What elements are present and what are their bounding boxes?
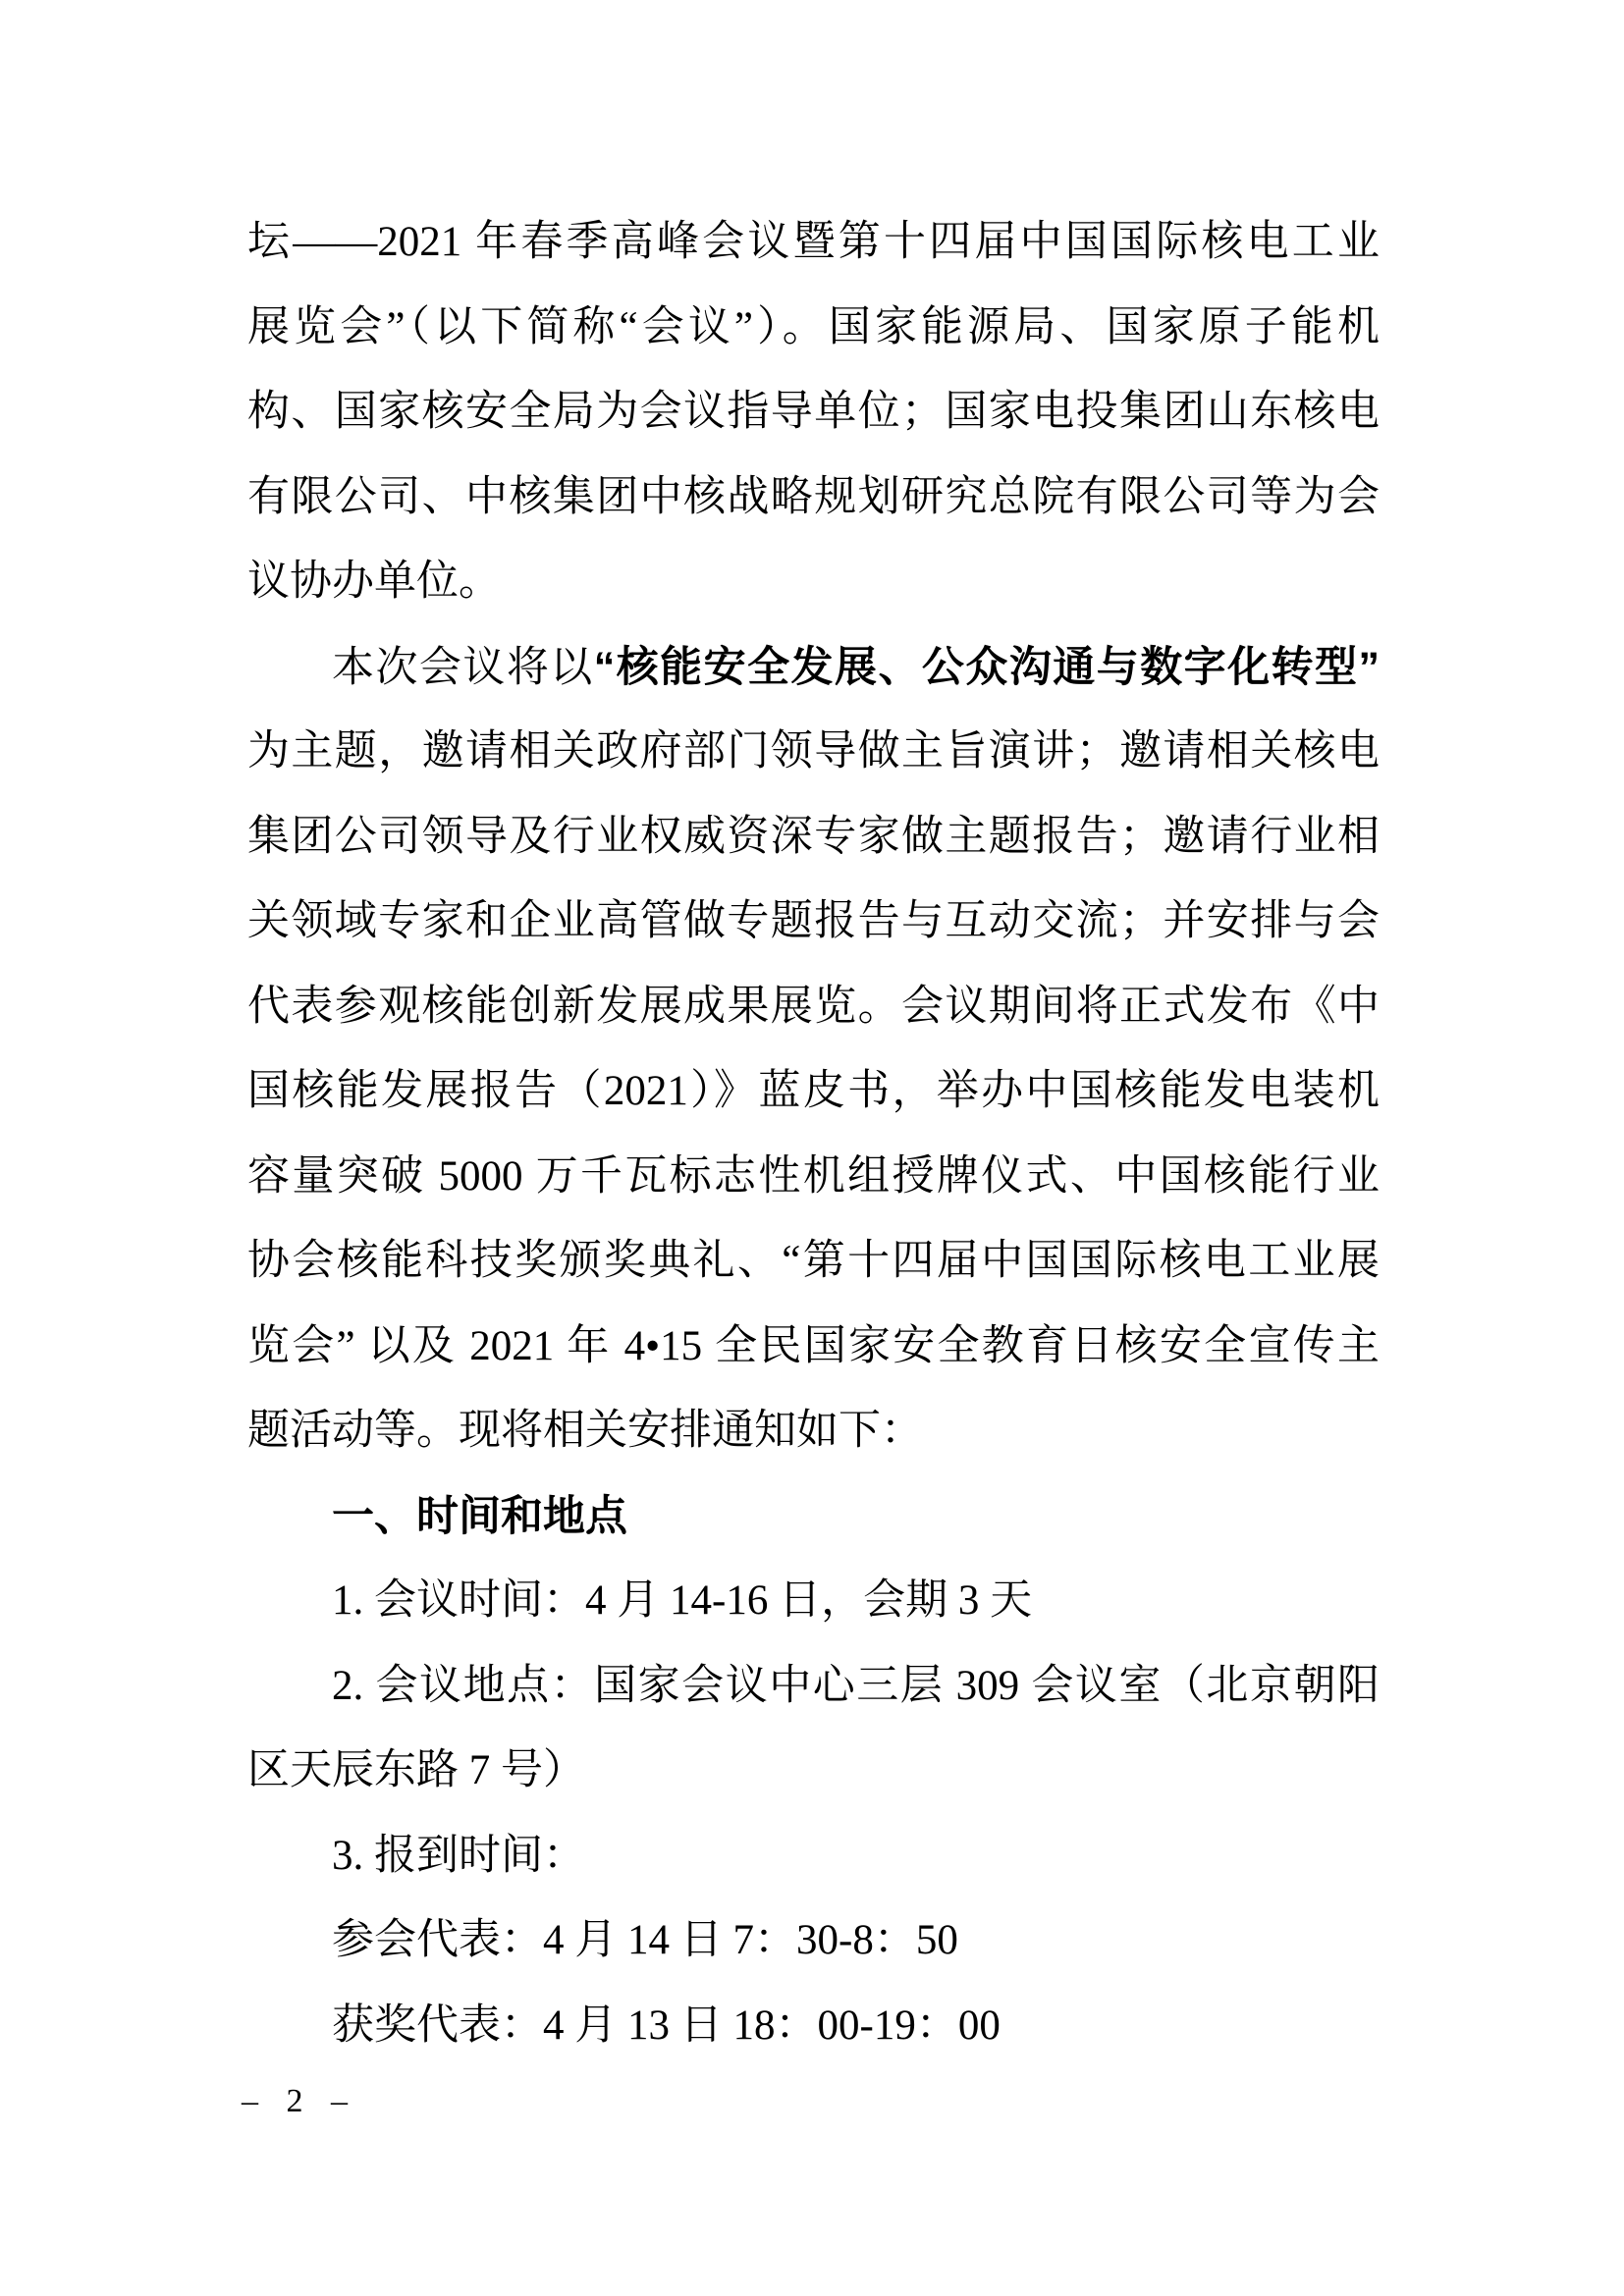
text-segment: “核能安全发展、公众沟通与数字化转型” (594, 644, 1380, 691)
text-segment: 容量突破 5000 万千瓦标志性机组授牌仪式、中国核能行业 (247, 1153, 1380, 1200)
document-body: 坛——2021 年春季高峰会议暨第十四届中国国际核电工业展览会”（以下简称“会议… (247, 200, 1380, 2068)
text-segment: 坛——2021 年春季高峰会议暨第十四届中国国际核电工业 (247, 219, 1380, 265)
text-segment: 为主题，邀请相关政府部门领导做主旨演讲；邀请相关核电 (247, 728, 1380, 774)
text-line: 代表参观核能创新发展成果展览。会议期间将正式发布《中 (247, 965, 1380, 1050)
text-segment: 览会” 以及 2021 年 4•15 全民国家安全教育日核安全宣传主 (247, 1323, 1380, 1369)
text-line: 构、国家核安全局为会议指导单位；国家电投集团山东核电 (247, 370, 1380, 455)
text-segment: 议协办单位。 (247, 559, 501, 605)
text-segment: 2. 会议地点：国家会议中心三层 309 会议室（北京朝阳 (332, 1663, 1380, 1709)
text-segment: 有限公司、中核集团中核战略规划研究总院有限公司等为会 (247, 474, 1380, 520)
text-line: 3. 报到时间： (247, 1814, 1380, 1899)
text-line: 议协办单位。 (247, 540, 1380, 625)
text-segment: 协会核能科技奖颁奖典礼、“第十四届中国国际核电工业展 (247, 1238, 1380, 1284)
text-line: 关领域专家和企业高管做专题报告与互动交流；并安排与会 (247, 880, 1380, 965)
text-segment: 区天辰东路 7 号） (247, 1747, 585, 1793)
text-segment: 关领域专家和企业高管做专题报告与互动交流；并安排与会 (247, 898, 1380, 944)
text-line: 国核能发展报告（2021）》蓝皮书，举办中国核能发电装机 (247, 1049, 1380, 1135)
text-segment: 1. 会议时间：4 月 14-16 日，会期 3 天 (332, 1577, 1032, 1624)
text-segment: 3. 报到时间： (332, 1833, 585, 1879)
text-segment: 集团公司领导及行业权威资深专家做主题报告；邀请行业相 (247, 814, 1380, 860)
text-line: 参会代表：4 月 14 日 7：30-8：50 (247, 1898, 1380, 1984)
text-line: 协会核能科技奖颁奖典礼、“第十四届中国国际核电工业展 (247, 1219, 1380, 1305)
text-segment: 参会代表：4 月 14 日 7：30-8：50 (332, 1917, 958, 1963)
text-segment: 获奖代表：4 月 13 日 18：00-19：00 (332, 2002, 1001, 2049)
text-segment: 展览会”（以下简称“会议”）。国家能源局、国家原子能机 (247, 304, 1380, 350)
text-line: 一、时间和地点 (247, 1474, 1380, 1560)
text-segment: 构、国家核安全局为会议指导单位；国家电投集团山东核电 (247, 389, 1380, 435)
text-segment: 一、时间和地点 (332, 1493, 627, 1540)
text-line: 2. 会议地点：国家会议中心三层 309 会议室（北京朝阳 (247, 1644, 1380, 1730)
text-line: 览会” 以及 2021 年 4•15 全民国家安全教育日核安全宣传主 (247, 1305, 1380, 1390)
text-line: 容量突破 5000 万千瓦标志性机组授牌仪式、中国核能行业 (247, 1135, 1380, 1220)
text-line: 题活动等。现将相关安排通知如下： (247, 1389, 1380, 1474)
page-number: – 2 – (242, 2081, 357, 2122)
text-line: 有限公司、中核集团中核战略规划研究总院有限公司等为会 (247, 455, 1380, 541)
text-line: 获奖代表：4 月 13 日 18：00-19：00 (247, 1984, 1380, 2069)
text-line: 集团公司领导及行业权威资深专家做主题报告；邀请行业相 (247, 795, 1380, 881)
text-segment: 国核能发展报告（2021）》蓝皮书，举办中国核能发电装机 (247, 1068, 1380, 1114)
text-line: 1. 会议时间：4 月 14-16 日，会期 3 天 (247, 1559, 1380, 1644)
text-line: 本次会议将以“核能安全发展、公众沟通与数字化转型” (247, 625, 1380, 711)
text-segment: 题活动等。现将相关安排通知如下： (247, 1408, 923, 1454)
text-segment: 本次会议将以 (332, 645, 594, 691)
text-line: 为主题，邀请相关政府部门领导做主旨演讲；邀请相关核电 (247, 710, 1380, 795)
text-segment: 代表参观核能创新发展成果展览。会议期间将正式发布《中 (247, 984, 1380, 1030)
text-line: 区天辰东路 7 号） (247, 1729, 1380, 1814)
text-line: 坛——2021 年春季高峰会议暨第十四届中国国际核电工业 (247, 200, 1380, 286)
text-line: 展览会”（以下简称“会议”）。国家能源局、国家原子能机 (247, 286, 1380, 371)
document-page: 坛——2021 年春季高峰会议暨第十四届中国国际核电工业展览会”（以下简称“会议… (0, 0, 1624, 2296)
